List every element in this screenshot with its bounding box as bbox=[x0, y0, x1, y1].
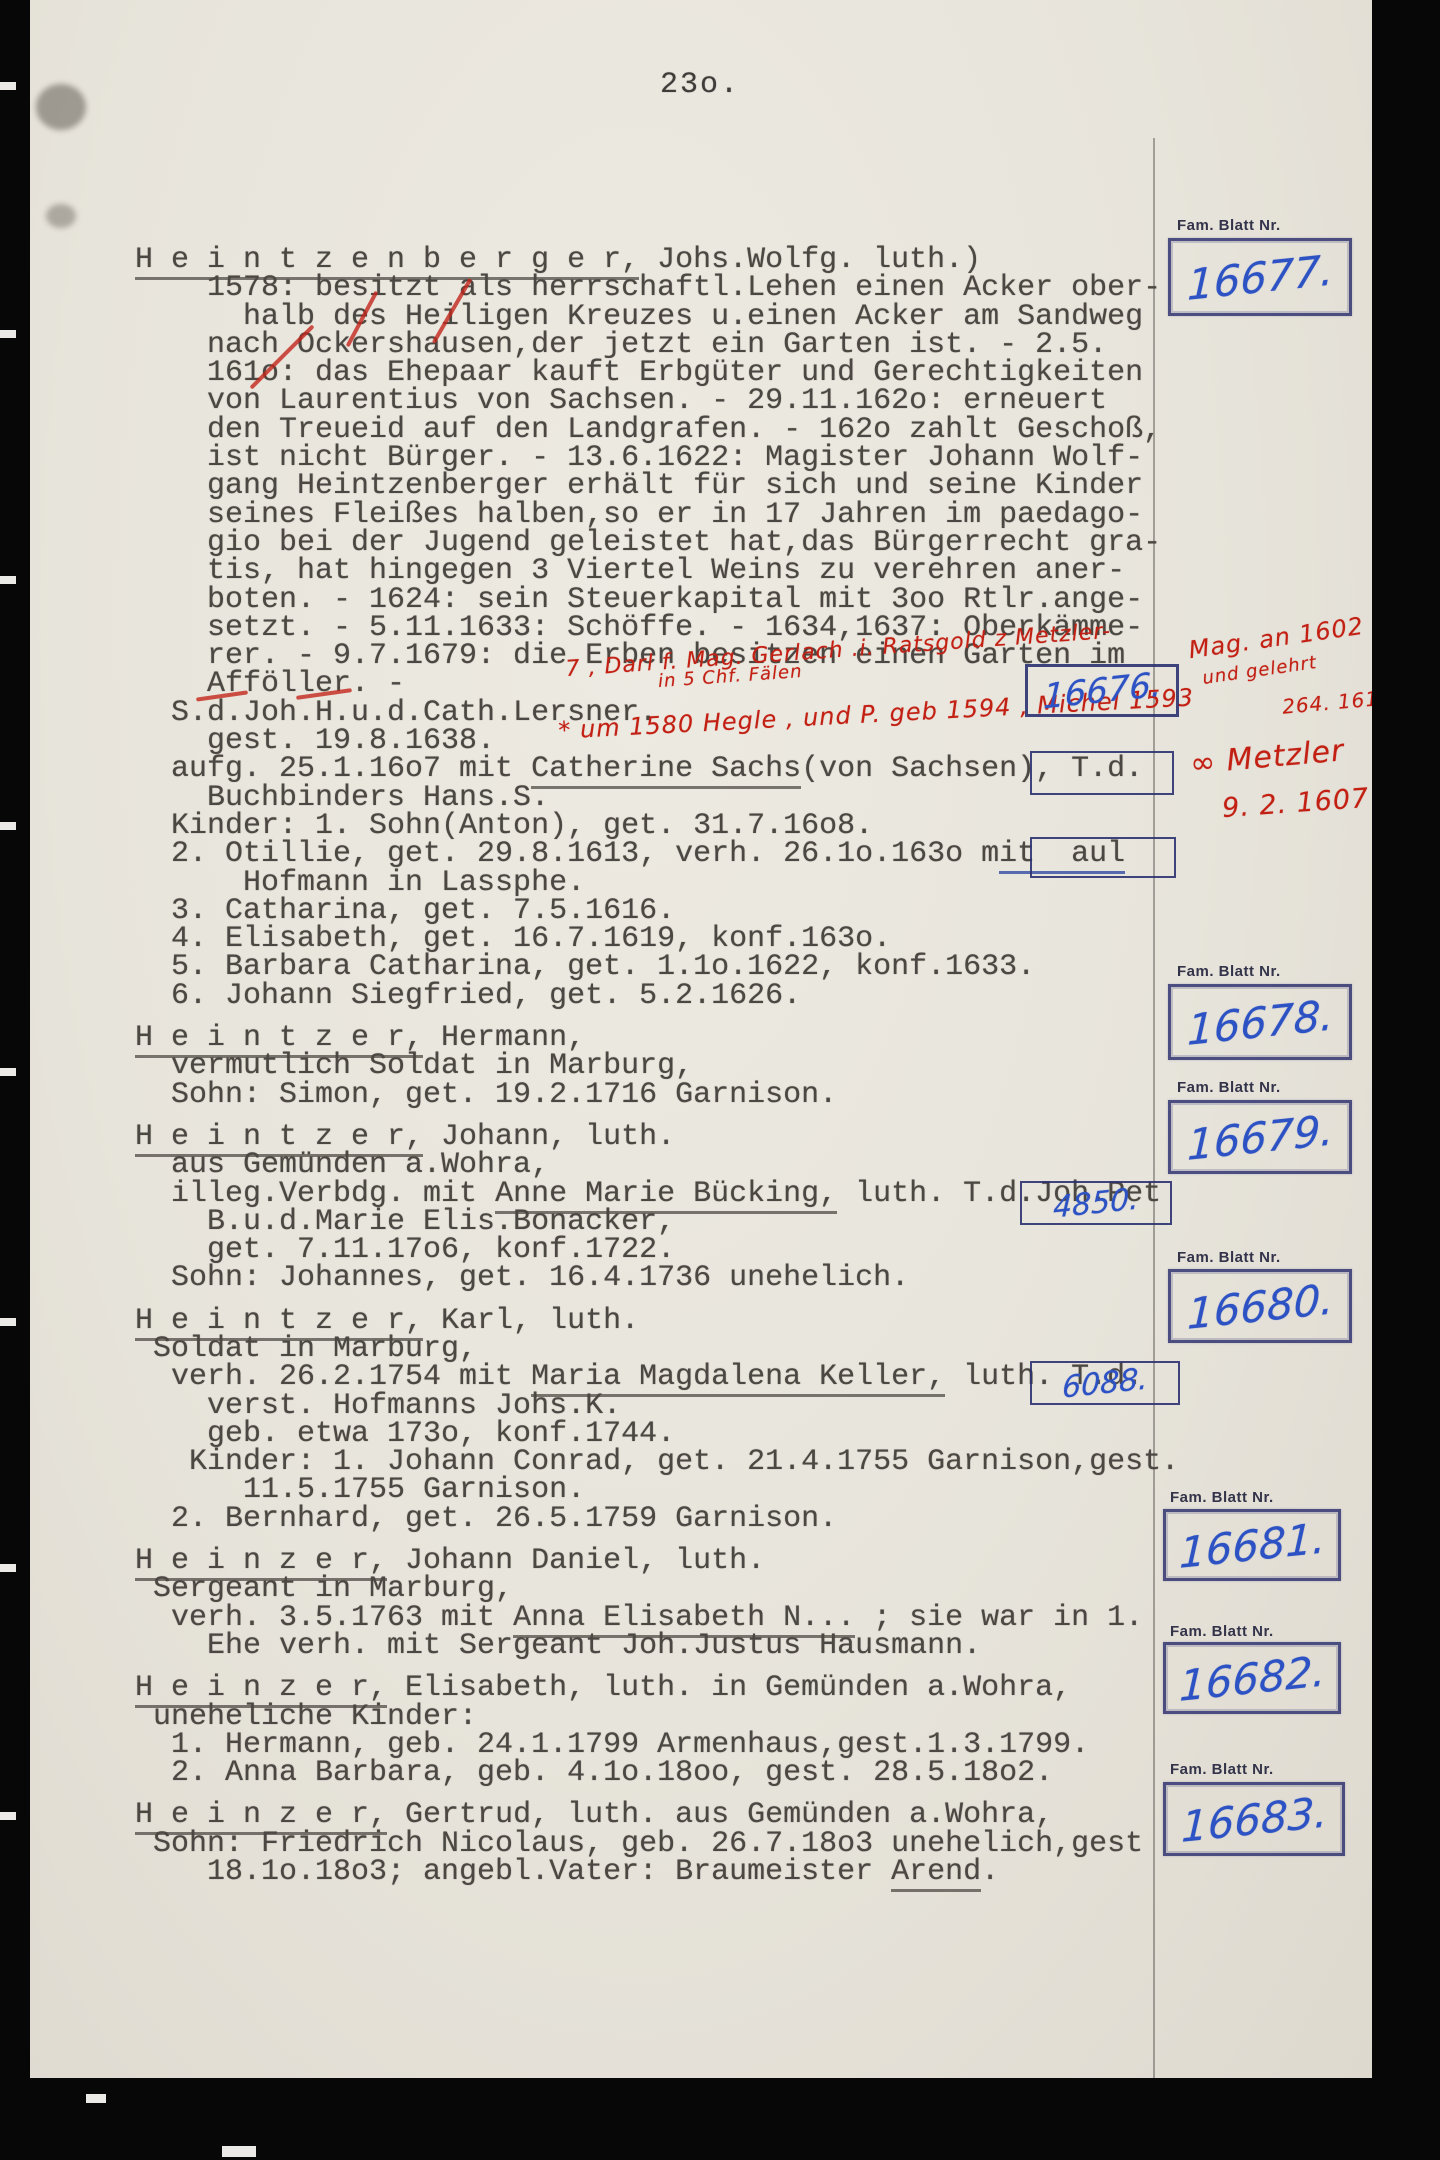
fam-blatt-number: 16683. bbox=[1180, 1787, 1328, 1852]
text-line: 2. Anna Barbara, geb. 4.1o.18oo, gest. 2… bbox=[135, 1759, 1275, 1787]
text-segment: 18.1o.18o3; angebl.Vater: Braumeister bbox=[135, 1855, 891, 1889]
empty-number-box bbox=[1030, 751, 1174, 795]
text-line: 5. Barbara Catharina, get. 1.1o.1622, ko… bbox=[135, 953, 1275, 981]
text-line: tis, hat hingegen 3 Viertel Weins zu ver… bbox=[135, 557, 1275, 585]
text-line: gang Heintzenberger erhält für sich und … bbox=[135, 472, 1275, 500]
text-line: Soldat in Marburg, bbox=[135, 1335, 1275, 1363]
text-line: Kinder: 1. Johann Conrad, get. 21.4.1755… bbox=[135, 1448, 1275, 1476]
entry-header-line: H e i n t z e r, Karl, luth. bbox=[135, 1307, 1275, 1335]
text-segment: 2. Bernhard, get. 26.5.1759 Garnison. bbox=[135, 1502, 837, 1536]
text-line: von Laurentius von Sachsen. - 29.11.162o… bbox=[135, 387, 1275, 415]
text-line: vermutlich Soldat in Marburg, bbox=[135, 1052, 1275, 1080]
text-segment: 6. Johann Siegfried, get. 5.2.1626. bbox=[135, 979, 801, 1013]
entry-header-line: H e i n z e r, Gertrud, luth. aus Gemünd… bbox=[135, 1801, 1275, 1829]
fam-blatt-number: 16682. bbox=[1178, 1646, 1326, 1711]
text-block: H e i n t z e n b e r g e r, Johs.Wolfg.… bbox=[135, 232, 1275, 1886]
fam-blatt-label: Fam. Blatt Nr. bbox=[1177, 1250, 1281, 1265]
film-edge-tick bbox=[0, 330, 16, 338]
text-line: 3. Catharina, get. 7.5.1616. bbox=[135, 897, 1275, 925]
text-line: Sergeant in Marburg, bbox=[135, 1575, 1275, 1603]
fam-blatt-label: Fam. Blatt Nr. bbox=[1170, 1624, 1274, 1639]
fam-blatt-number: 16677. bbox=[1186, 245, 1334, 310]
entry-header-line: H e i n t z e r, Johann, luth. bbox=[135, 1123, 1275, 1151]
text-line: 6. Johann Siegfried, get. 5.2.1626. bbox=[135, 982, 1275, 1010]
microfilm-background: 23o. H e i n t z e n b e r g e r, Johs.W… bbox=[0, 0, 1440, 2160]
text-segment: 2. Anna Barbara, geb. 4.1o.18oo, gest. 2… bbox=[135, 1756, 1053, 1790]
entry-header-line: H e i n t z e r, Hermann, bbox=[135, 1024, 1275, 1052]
fam-blatt-number: 16681. bbox=[1178, 1513, 1326, 1578]
text-line: 18.1o.18o3; angebl.Vater: Braumeister Ar… bbox=[135, 1858, 1275, 1886]
fam-blatt-number: 4850. bbox=[1053, 1181, 1140, 1225]
inline-number-box-4850: 4850. bbox=[1020, 1181, 1172, 1225]
fam-blatt-stamp-16678: 16678. bbox=[1168, 984, 1352, 1060]
fam-blatt-label: Fam. Blatt Nr. bbox=[1177, 1080, 1281, 1095]
page-number: 23o. bbox=[660, 70, 740, 100]
fam-blatt-number: 16678. bbox=[1186, 990, 1334, 1055]
text-line: aus Gemünden a.Wohra, bbox=[135, 1151, 1275, 1179]
text-segment: Elisabeth, luth. in Gemünden a.Wohra, bbox=[387, 1671, 1071, 1705]
film-edge-tick bbox=[0, 1318, 16, 1326]
text-line: 161o: das Ehepaar kauft Erbgüter und Ger… bbox=[135, 359, 1275, 387]
ink-smudge bbox=[36, 84, 86, 130]
text-segment: Sohn: Simon, get. 19.2.1716 Garnison. bbox=[135, 1078, 837, 1112]
text-line: Kinder: 1. Sohn(Anton), get. 31.7.16o8. bbox=[135, 812, 1275, 840]
text-line: verh. 3.5.1763 mit Anna Elisabeth N... ;… bbox=[135, 1604, 1275, 1632]
film-edge-tick bbox=[0, 1812, 16, 1820]
fam-blatt-label: Fam. Blatt Nr. bbox=[1170, 1762, 1274, 1777]
fam-blatt-label: Fam. Blatt Nr. bbox=[1177, 964, 1281, 979]
text-line: get. 7.11.17o6, konf.1722. bbox=[135, 1236, 1275, 1264]
text-line: 4. Elisabeth, get. 16.7.1619, konf.163o. bbox=[135, 925, 1275, 953]
text-line: Sohn: Johannes, get. 16.4.1736 unehelich… bbox=[135, 1264, 1275, 1292]
fam-blatt-number: 6088. bbox=[1062, 1361, 1149, 1405]
text-line: 1. Hermann, geb. 24.1.1799 Armenhaus,ges… bbox=[135, 1731, 1275, 1759]
fam-blatt-label: Fam. Blatt Nr. bbox=[1170, 1490, 1274, 1505]
text-line: halb des Heiligen Kreuzes u.einen Acker … bbox=[135, 303, 1275, 331]
fam-blatt-stamp-16677: 16677. bbox=[1168, 238, 1352, 316]
text-line: ist nicht Bürger. - 13.6.1622: Magister … bbox=[135, 444, 1275, 472]
text-segment: Ehe verh. mit Sergeant Joh.Justus Hausma… bbox=[135, 1629, 981, 1663]
text-line: 2. Bernhard, get. 26.5.1759 Garnison. bbox=[135, 1505, 1275, 1533]
handwritten-note-red: 264. 1614 bbox=[1281, 685, 1372, 719]
fam-blatt-stamp-16679: 16679. bbox=[1168, 1100, 1352, 1174]
text-line: geb. etwa 173o, konf.1744. bbox=[135, 1420, 1275, 1448]
fam-blatt-stamp-16683: 16683. bbox=[1163, 1782, 1345, 1856]
text-line: Sohn: Simon, get. 19.2.1716 Garnison. bbox=[135, 1081, 1275, 1109]
inline-number-box-16676: 16676. bbox=[1025, 664, 1179, 717]
fam-blatt-label: Fam. Blatt Nr. bbox=[1177, 218, 1281, 233]
text-segment: Sohn: Johannes, get. 16.4.1736 unehelich… bbox=[135, 1261, 909, 1295]
empty-number-box bbox=[1030, 837, 1176, 878]
film-edge-tick bbox=[0, 82, 16, 90]
text-line: seines Fleißes halben,so er in 17 Jahren… bbox=[135, 501, 1275, 529]
text-line: gio bei der Jugend geleistet hat,das Bür… bbox=[135, 529, 1275, 557]
entry-header-line: H e i n z e r, Elisabeth, luth. in Gemün… bbox=[135, 1674, 1275, 1702]
document-page: 23o. H e i n t z e n b e r g e r, Johs.W… bbox=[30, 0, 1372, 2078]
fam-blatt-number: 16676. bbox=[1042, 664, 1162, 717]
underlined-text: Arend bbox=[891, 1855, 981, 1892]
fam-blatt-stamp-16681: 16681. bbox=[1163, 1509, 1341, 1581]
film-edge-tick bbox=[86, 2094, 106, 2103]
text-line: uneheliche Kinder: bbox=[135, 1703, 1275, 1731]
text-line: Sohn: Friedrich Nicolaus, geb. 26.7.18o3… bbox=[135, 1830, 1275, 1858]
text-line: Ehe verh. mit Sergeant Joh.Justus Hausma… bbox=[135, 1632, 1275, 1660]
fam-blatt-stamp-16680: 16680. bbox=[1168, 1269, 1352, 1343]
film-edge-tick bbox=[0, 1564, 16, 1572]
entry-header-line: H e i n z e r, Johann Daniel, luth. bbox=[135, 1547, 1275, 1575]
film-edge-tick bbox=[222, 2146, 256, 2157]
inline-number-box-6088: 6088. bbox=[1030, 1361, 1180, 1405]
ink-smudge bbox=[46, 204, 76, 228]
text-line: boten. - 1624: sein Steuerkapital mit 3o… bbox=[135, 586, 1275, 614]
text-line: 1578: besitzt als herrschaftl.Lehen eine… bbox=[135, 274, 1275, 302]
text-line: 11.5.1755 Garnison. bbox=[135, 1476, 1275, 1504]
text-segment: . bbox=[981, 1855, 999, 1889]
film-edge-tick bbox=[0, 1068, 16, 1076]
fam-blatt-stamp-16682: 16682. bbox=[1163, 1642, 1341, 1714]
underlined-text: Catherine Sachs bbox=[531, 752, 801, 789]
fam-blatt-number: 16679. bbox=[1186, 1105, 1334, 1170]
film-edge-tick bbox=[0, 576, 16, 584]
fam-blatt-number: 16680. bbox=[1186, 1274, 1334, 1339]
entry-header-line: H e i n t z e n b e r g e r, Johs.Wolfg.… bbox=[135, 246, 1275, 274]
text-line: den Treueid auf den Landgrafen. - 162o z… bbox=[135, 416, 1275, 444]
film-edge-tick bbox=[0, 822, 16, 830]
